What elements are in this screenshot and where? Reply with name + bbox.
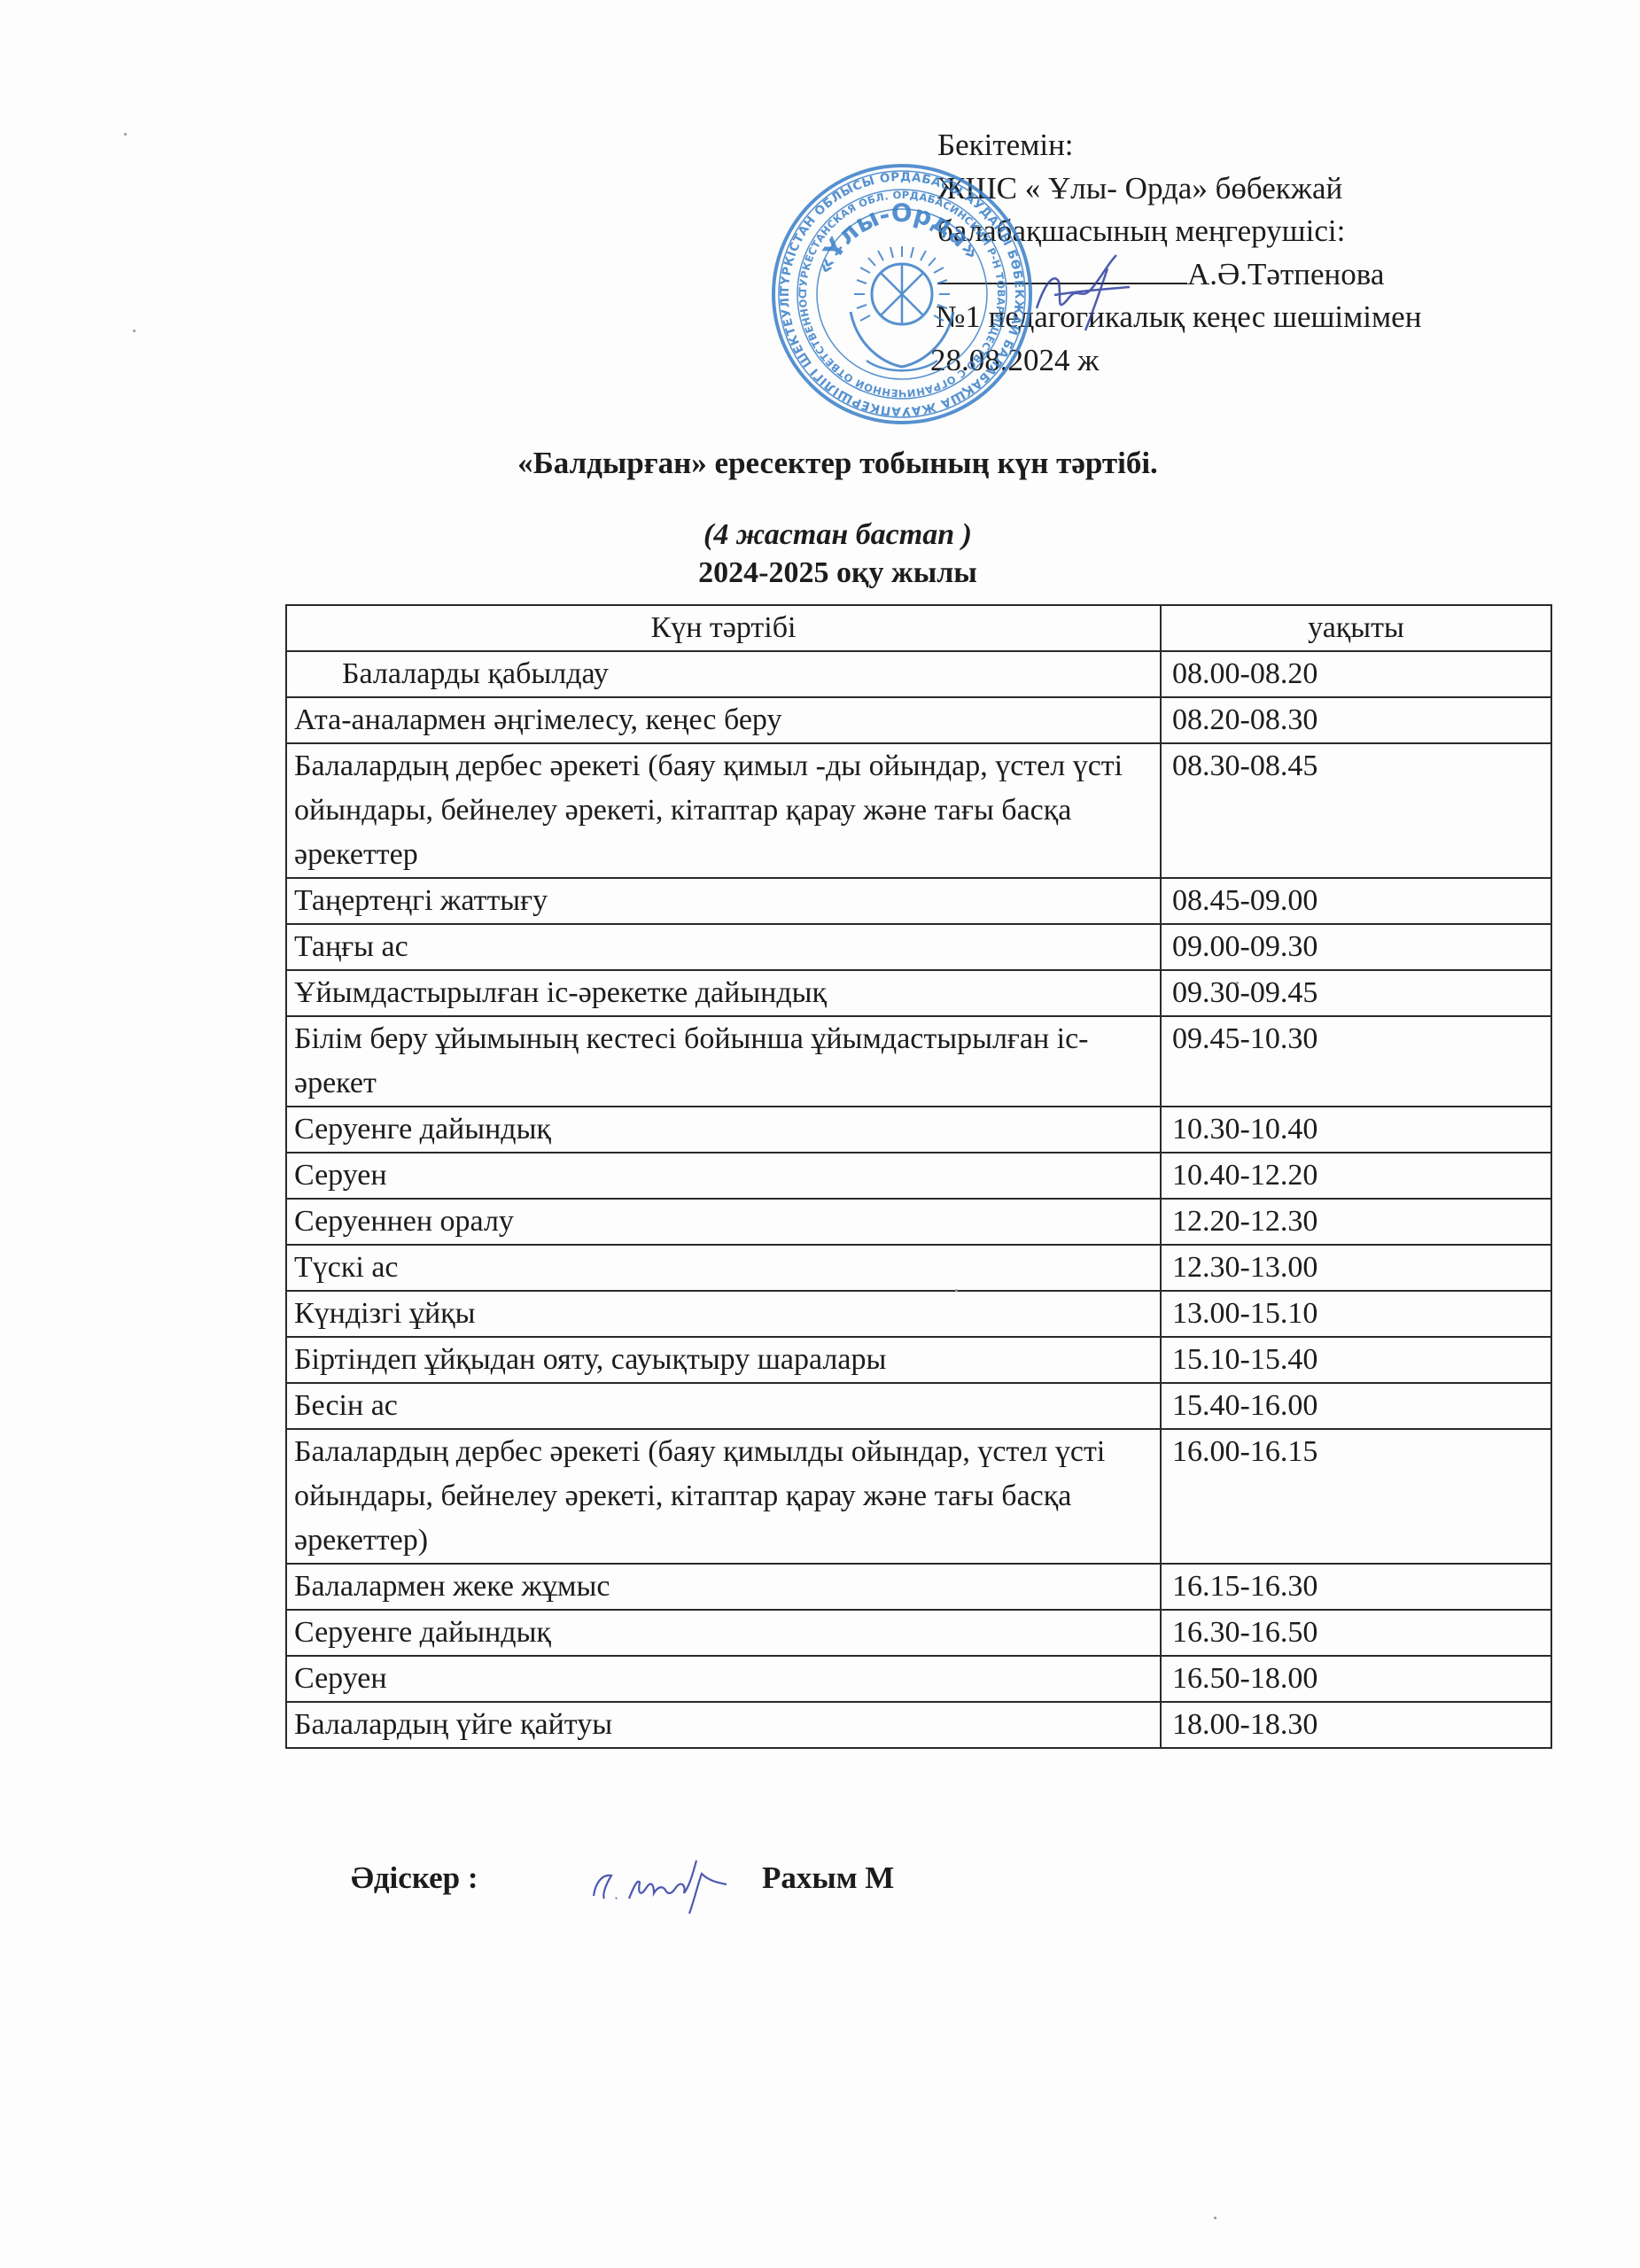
table-row: Балалардың дербес әрекеті (баяу қимылды … bbox=[286, 1429, 1551, 1564]
table-row: Ата-аналармен әңгімелесу, кеңес беру08.2… bbox=[286, 697, 1551, 743]
table-row: Серуен16.50-18.00 bbox=[286, 1656, 1551, 1702]
scan-speck bbox=[1236, 982, 1239, 984]
header-time: уақыты bbox=[1161, 605, 1551, 651]
director-name: А.Ә.Тәтпенова bbox=[1187, 257, 1384, 291]
daily-schedule-table: Күн тәртібі уақыты Балаларды қабылдау08.… bbox=[285, 604, 1552, 1749]
time-cell: 18.00-18.30 bbox=[1161, 1702, 1551, 1748]
time-cell: 10.40-12.20 bbox=[1161, 1153, 1551, 1199]
time-cell: 09.45-10.30 bbox=[1161, 1016, 1551, 1107]
table-row: Таңғы ас09.00-09.30 bbox=[286, 924, 1551, 970]
time-cell: 09.30-09.45 bbox=[1161, 970, 1551, 1016]
table-row: Балалардың үйге қайтуы18.00-18.30 bbox=[286, 1702, 1551, 1748]
activity-cell: Біртіндеп ұйқыдан ояту, сауықтыру шарала… bbox=[286, 1337, 1161, 1383]
table-row: Таңертеңгі жаттығу08.45-09.00 bbox=[286, 878, 1551, 924]
document-title: «Балдырған» ересектер тобының күн тәртіб… bbox=[0, 446, 1640, 481]
methodologist-name: Рахым М bbox=[762, 1860, 894, 1896]
activity-cell: Серуен bbox=[286, 1153, 1161, 1199]
activity-cell: Таңғы ас bbox=[286, 924, 1161, 970]
activity-cell: Балаларды қабылдау bbox=[286, 651, 1161, 697]
methodologist-signature bbox=[585, 1847, 762, 1918]
time-cell: 12.30-13.00 bbox=[1161, 1245, 1551, 1291]
activity-cell: Серуеннен оралу bbox=[286, 1199, 1161, 1245]
table-row: Күндізгі ұйқы13.00-15.10 bbox=[286, 1291, 1551, 1337]
handwritten-signature-icon bbox=[1019, 246, 1134, 335]
activity-cell: Білім беру ұйымының кестесі бойынша ұйым… bbox=[286, 1016, 1161, 1107]
scan-speck bbox=[1214, 2217, 1216, 2219]
scan-speck bbox=[124, 133, 127, 136]
stamp-seal-icon: ТҮРКІСТАН ОБЛЫСЫ ОРДАБАСЫ АУДАНЫ БӨБЕКЖА… bbox=[769, 161, 1035, 427]
time-cell: 16.30-16.50 bbox=[1161, 1610, 1551, 1656]
table-row: Балалардың дербес әрекеті (баяу қимыл -д… bbox=[286, 743, 1551, 878]
time-cell: 10.30-10.40 bbox=[1161, 1107, 1551, 1153]
activity-cell: Серуен bbox=[286, 1656, 1161, 1702]
time-cell: 15.40-16.00 bbox=[1161, 1383, 1551, 1429]
activity-cell: Ата-аналармен әңгімелесу, кеңес беру bbox=[286, 697, 1161, 743]
table-row: Білім беру ұйымының кестесі бойынша ұйым… bbox=[286, 1016, 1551, 1107]
header-activity: Күн тәртібі bbox=[286, 605, 1161, 651]
time-cell: 08.20-08.30 bbox=[1161, 697, 1551, 743]
time-cell: 13.00-15.10 bbox=[1161, 1291, 1551, 1337]
table-row: Серуенге дайындық16.30-16.50 bbox=[286, 1610, 1551, 1656]
table-row: Біртіндеп ұйқыдан ояту, сауықтыру шарала… bbox=[286, 1337, 1551, 1383]
time-cell: 08.45-09.00 bbox=[1161, 878, 1551, 924]
activity-cell: Балалармен жеке жұмыс bbox=[286, 1564, 1161, 1610]
activity-cell: Балалардың дербес әрекеті (баяу қимылды … bbox=[286, 1429, 1161, 1564]
table-row: Ұйымдастырылған іс-әрекетке дайындық09.3… bbox=[286, 970, 1551, 1016]
schedule-body: Балаларды қабылдау08.00-08.20Ата-аналарм… bbox=[286, 651, 1551, 1748]
methodologist-label: Әдіскер : bbox=[351, 1860, 478, 1896]
table-row: Түскі ас12.30-13.00 bbox=[286, 1245, 1551, 1291]
activity-cell: Серуенге дайындық bbox=[286, 1107, 1161, 1153]
time-cell: 16.50-18.00 bbox=[1161, 1656, 1551, 1702]
school-year: 2024-2025 оқу жылы bbox=[0, 556, 1640, 590]
activity-cell: Балалардың дербес әрекеті (баяу қимыл -д… bbox=[286, 743, 1161, 878]
activity-cell: Ұйымдастырылған іс-әрекетке дайындық bbox=[286, 970, 1161, 1016]
table-row: Балаларды қабылдау08.00-08.20 bbox=[286, 651, 1551, 697]
table-row: Серуеннен оралу12.20-12.30 bbox=[286, 1199, 1551, 1245]
document-subtitle: (4 жастан бастап ) bbox=[0, 518, 1640, 552]
scan-speck bbox=[133, 330, 136, 332]
activity-cell: Таңертеңгі жаттығу bbox=[286, 878, 1161, 924]
time-cell: 09.00-09.30 bbox=[1161, 924, 1551, 970]
table-row: Серуенге дайындық10.30-10.40 bbox=[286, 1107, 1551, 1153]
time-cell: 08.00-08.20 bbox=[1161, 651, 1551, 697]
table-row: Бесін ас15.40-16.00 bbox=[286, 1383, 1551, 1429]
time-cell: 16.15-16.30 bbox=[1161, 1564, 1551, 1610]
time-cell: 15.10-15.40 bbox=[1161, 1337, 1551, 1383]
handwritten-signature-icon bbox=[585, 1847, 762, 1918]
table-row: Серуен10.40-12.20 bbox=[286, 1153, 1551, 1199]
director-signature bbox=[1019, 246, 1134, 335]
time-cell: 12.20-12.30 bbox=[1161, 1199, 1551, 1245]
time-cell: 16.00-16.15 bbox=[1161, 1429, 1551, 1564]
activity-cell: Түскі ас bbox=[286, 1245, 1161, 1291]
activity-cell: Күндізгі ұйқы bbox=[286, 1291, 1161, 1337]
time-cell: 08.30-08.45 bbox=[1161, 743, 1551, 878]
official-stamp: ТҮРКІСТАН ОБЛЫСЫ ОРДАБАСЫ АУДАНЫ БӨБЕКЖА… bbox=[769, 161, 1035, 427]
table-row: Балалармен жеке жұмыс16.15-16.30 bbox=[286, 1564, 1551, 1610]
activity-cell: Серуенге дайындық bbox=[286, 1610, 1161, 1656]
activity-cell: Бесін ас bbox=[286, 1383, 1161, 1429]
scan-speck bbox=[955, 1289, 958, 1292]
activity-cell: Балалардың үйге қайтуы bbox=[286, 1702, 1161, 1748]
table-header-row: Күн тәртібі уақыты bbox=[286, 605, 1551, 651]
